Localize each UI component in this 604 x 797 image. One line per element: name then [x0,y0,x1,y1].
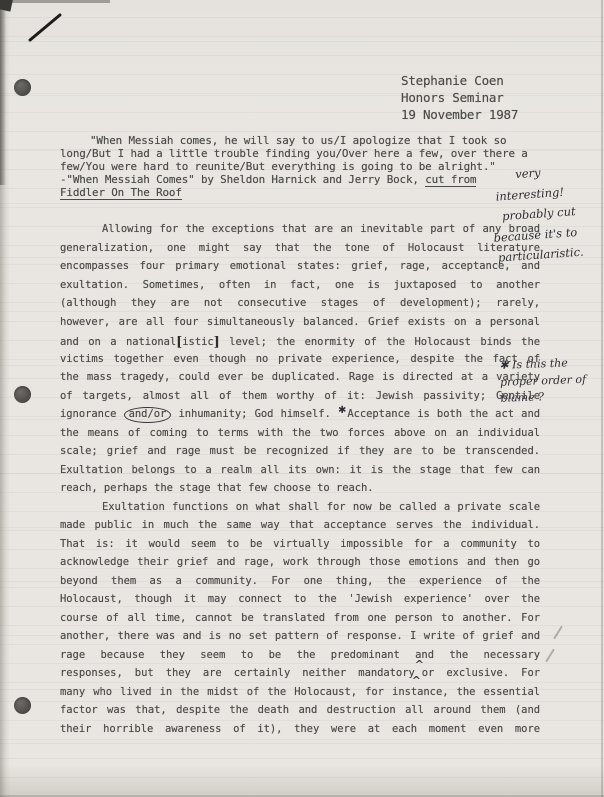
text-line: and on a national[istic] level; the enor… [60,334,540,353]
text-line: Exultation belongs to a realm all its ow… [60,464,540,483]
scanned-essay-page: Stephanie Coen Honors Seminar 19 Novembe… [0,0,604,797]
text-line: another, there was and is no set pattern… [60,630,540,649]
text-line: responses, but they are certainly neithe… [60,667,540,686]
pen-tick-mark-1 [553,626,563,640]
hole-punch-top [14,79,31,96]
text-line: exultation. Sometimes, often in fact, on… [60,279,540,298]
text-line: ignorance and/or inhumanity; God himself… [60,408,540,427]
paragraph-1: Allowing for the exceptions that are an … [60,223,540,501]
course-name: Honors Seminar [401,89,518,106]
scan-edge-left-dark [0,0,8,185]
text-line: reach, perhaps the stage that few choose… [60,482,540,501]
underlined-phrase: cut from [425,173,476,188]
text-line: acknowledge their grief and rage, work t… [60,556,540,575]
text-line: course of all time, cannot be translated… [60,612,540,631]
text-line: factor was that, despite the death and d… [60,704,540,723]
text-line: many who lived in the midst of the Holoc… [60,686,540,705]
scan-corner-mark [0,0,13,12]
caret-mark-bottom: ^ [412,675,421,686]
document-date: 19 November 1987 [401,106,518,123]
text-line: That is: it would seem to be virtually i… [60,538,540,557]
epigraph-attribution: -"When Messiah Comes" by Sheldon Harnick… [60,173,542,186]
epigraph-line: "When Messiah comes, he will say to us/I… [60,134,542,147]
text-segment: or exclusive. For [422,667,540,679]
text-segment: inhumanity; God himself. [178,408,330,420]
text-line: encompasses four primary emotional state… [60,260,540,279]
pen-slash-mark [28,13,62,42]
text-line: the mass tragedy, could ever be duplicat… [60,371,540,390]
text-line: of targets, almost all of them worthy of… [60,390,540,409]
text-line: Allowing for the exceptions that are an … [60,223,540,242]
text-line: Holocaust, though it may connect to the … [60,593,540,612]
text-segment: and on a national [60,336,176,348]
text-line: rage because they seem to be the predomi… [60,649,540,668]
hand-asterisk: ✱ [338,405,346,416]
text-line: victims together even though no private … [60,353,540,372]
attribution-text: -"When Messiah Comes" by Sheldon Harnick… [60,173,419,186]
text-segment: level; the enormity of the Holocaust bin… [229,336,540,348]
hand-bracket-left: [ [176,335,182,350]
caret-mark-top: ^ [415,659,424,670]
epigraph-line: long/But I had a little trouble finding … [60,147,542,160]
text-line: made public in much the same way that ac… [60,519,540,538]
bracketed-text: istic [182,336,213,348]
insertion-caret: ^^ [415,668,422,676]
circled-phrase: and/or [124,407,172,423]
paragraph-2: Exultation functions on what shall for n… [60,501,540,742]
hand-bracket-right: ] [214,335,220,350]
text-line: the means of coming to terms with the tw… [60,427,540,446]
pen-tick-mark-2 [545,649,555,663]
hole-punch-middle [14,386,31,403]
text-line: (although they are not consecutive stage… [60,297,540,316]
text-line: Exultation functions on what shall for n… [60,501,540,520]
author-name: Stephanie Coen [401,72,518,89]
essay-body: Allowing for the exceptions that are an … [60,223,540,741]
text-line: scale; grief and rage must be recognized… [60,445,540,464]
text-segment: responses, but they are certainly neithe… [60,667,415,679]
document-header: Stephanie Coen Honors Seminar 19 Novembe… [401,72,518,123]
text-segment: ✱Acceptance is both the act and [338,408,540,420]
text-segment: ignorance [60,408,116,420]
hole-punch-bottom [14,697,31,714]
epigraph-line: few/You were hard to reunite/But everyth… [60,160,542,173]
epigraph-attribution: Fiddler On The Roof [60,186,542,199]
scan-edge-top [0,0,110,3]
text-line: their horrible awareness of it), they we… [60,723,540,742]
text-line: however, are all four simultaneously bal… [60,316,540,335]
underlined-title: Fiddler On The Roof [60,186,182,201]
text-line: generalization, one might say that the t… [60,242,540,261]
text-segment: Acceptance is both the act and [347,408,540,420]
epigraph: "When Messiah comes, he will say to us/I… [60,134,542,198]
text-line: beyond them as a community. For one thin… [60,575,540,594]
